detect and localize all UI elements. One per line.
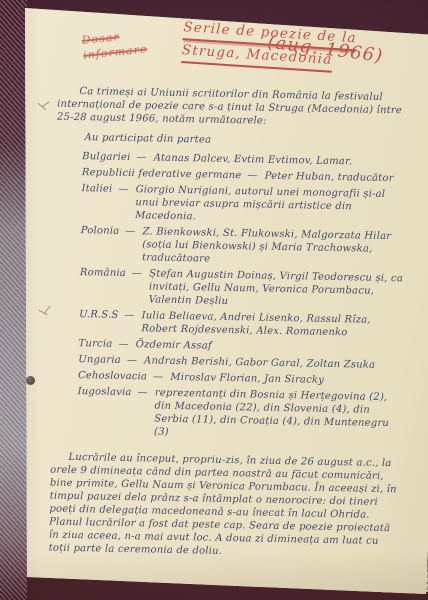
punch-hole bbox=[26, 376, 35, 385]
dash-separator: — bbox=[121, 354, 144, 367]
delegation-names: Peter Huban, traducător bbox=[265, 170, 408, 186]
intro-paragraph: Ca trimeși ai Uniunii scriitorilor din R… bbox=[57, 85, 410, 131]
dash-separator: — bbox=[125, 267, 149, 306]
delegation-names: Z. Bienkowski, St. Flukowski, Malgorzata… bbox=[142, 225, 407, 269]
dash-separator: — bbox=[147, 370, 170, 383]
dash-separator: — bbox=[241, 169, 264, 182]
delegation-names: Iulia Beliaeva, Andrei Lisenko, Rassul R… bbox=[141, 309, 405, 340]
delegation-country: Polonia bbox=[80, 224, 119, 264]
delegation-row: Polonia—Z. Bienkowski, St. Flukowski, Ma… bbox=[80, 224, 407, 269]
delegation-names: Andrash Berishi, Gabor Garal, Zoltan Zsu… bbox=[144, 354, 404, 372]
delegation-names: Atanas Dalcev, Evtim Evtimov, Lamar. bbox=[154, 151, 409, 169]
delegation-country: Italiei bbox=[81, 182, 113, 222]
delegation-row: U.R.S.S—Iulia Beliaeva, Andrei Lisenko, … bbox=[79, 308, 405, 340]
delegation-names: reprezentanți din Bosnia și Herțegovina … bbox=[154, 387, 404, 444]
delegation-names: Ștefan Augustin Doinaș, Virgil Teodoresc… bbox=[149, 267, 406, 311]
delegation-names: Giorgio Nurigiani, autorul unei monograf… bbox=[135, 183, 408, 227]
delegation-country: Ungaria bbox=[78, 353, 121, 367]
dash-separator: — bbox=[130, 151, 153, 164]
delegation-row: Italiei—Giorgio Nurigiani, autorul unei … bbox=[81, 182, 408, 227]
delegation-country: Turcia bbox=[78, 337, 112, 351]
delegation-names: Miroslav Florian, Jan Siracky bbox=[170, 371, 404, 388]
delegation-country: U.R.S.S bbox=[79, 308, 119, 335]
delegation-country: Cehoslovacia bbox=[78, 369, 147, 383]
delegation-row: România—Ștefan Augustin Doinaș, Virgil T… bbox=[79, 266, 406, 311]
dash-separator: — bbox=[112, 183, 136, 222]
delegation-row: Iugoslavia—reprezentanți din Bosnia și H… bbox=[77, 385, 404, 443]
delegation-country: Republicii federative germane bbox=[82, 166, 242, 182]
delegations-list: Bulgariei—Atanas Dalcev, Evtim Evtimov, … bbox=[77, 150, 408, 443]
crossed-out-annotation: Dosar informare bbox=[81, 26, 148, 62]
delegation-country: Iugoslavia bbox=[77, 385, 132, 438]
dash-separator: — bbox=[119, 225, 143, 264]
participants-heading: Au participat din partea bbox=[84, 131, 408, 150]
page-content: Dosar informare Serile de poezie de la S… bbox=[14, 10, 421, 600]
photographed-document: Dosar informare Serile de poezie de la S… bbox=[0, 0, 428, 600]
manuscript-body: Ca trimeși ai Uniunii scriitorilor din R… bbox=[49, 85, 410, 562]
dash-separator: — bbox=[112, 338, 135, 351]
dash-separator: — bbox=[118, 309, 142, 335]
delegation-names: Özdemir Assaf bbox=[136, 338, 405, 356]
closing-paragraph: Lucrările au început, propriu-zis, în zi… bbox=[49, 451, 403, 562]
delegation-country: Bulgariei bbox=[82, 150, 130, 164]
delegation-country: România bbox=[79, 266, 126, 306]
dash-separator: — bbox=[131, 386, 155, 438]
